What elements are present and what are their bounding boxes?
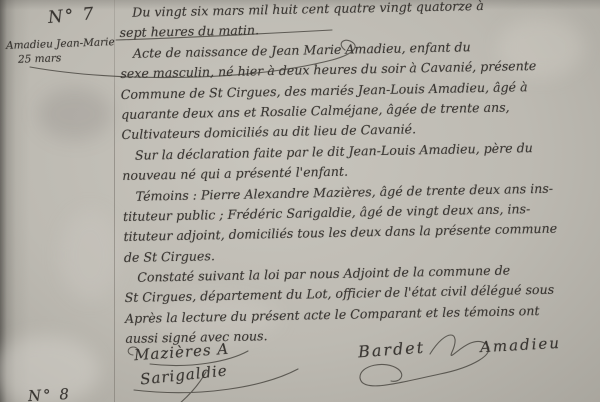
record-number: N° 7	[47, 4, 96, 28]
margin-birth-date: 25 mars	[18, 52, 62, 66]
margin-rule-line	[114, 0, 115, 402]
next-record-number: N° 8	[28, 385, 72, 402]
signature-bardet: Bardet	[357, 338, 425, 362]
signature-amadieu: Amadieu	[480, 334, 562, 356]
act-body-text: Du vingt six mars mil huit cent quatre v…	[119, 0, 600, 350]
paper-stain	[38, 88, 112, 140]
scanned-register-page: N° 7 Amadieu Jean-Marie 25 mars N° 8 Du …	[0, 0, 600, 402]
signature-sarigaldie: Sarigaldie	[139, 361, 228, 388]
margin-child-name: Amadieu Jean-Marie	[6, 36, 115, 52]
paper-stain	[60, 210, 120, 300]
